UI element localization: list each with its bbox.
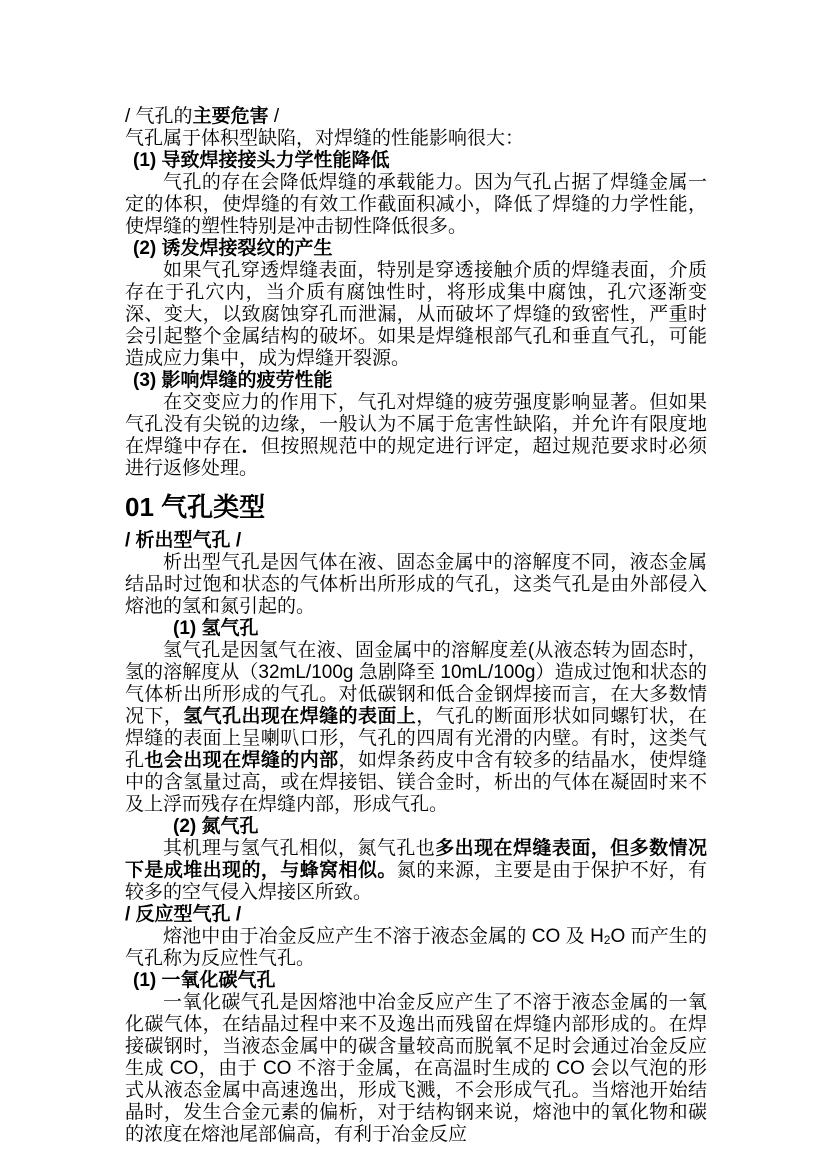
text-run: 其机理与氢气孔相似，氮气孔也 — [163, 838, 435, 859]
paragraph-hydrogen: 氢气孔是因氢气在液、固金属中的溶解度差(从液态转为固态时，氢的溶解度从（32mL… — [125, 640, 707, 816]
bold-text-run: (1) 导致焊接接头力学性能降低 — [133, 150, 390, 171]
section-heading-reaction-type: / 反应型气孔 / — [125, 904, 707, 926]
text-run: 一氧化碳气孔是因熔池中冶金反应产生了不溶于液态金属的一氧化碳气体，在结晶过程中来… — [125, 992, 707, 1145]
paragraph-cracks: 如果气孔穿透焊缝表面，特别是穿透接触介质的焊缝表面，介质存在于孔穴内，当介质有腐… — [125, 260, 707, 370]
paragraph-mechanical: 气孔的存在会降低焊缝的承载能力。因为气孔占据了焊缝金属一定的体积，使焊缝的有效工… — [125, 172, 707, 238]
section-heading-main-hazards: / 气孔的主要危害 / — [125, 106, 707, 128]
bold-text-run: 主要危害 — [193, 106, 269, 127]
paragraph-precipitation-type: 析出型气孔是因气体在液、固态金属中的溶解度不同，液态金属结品时过饱和状态的气体析… — [125, 552, 707, 618]
numbered-subheading-3-fatigue: (3) 影响焊缝的疲劳性能 — [125, 370, 707, 392]
text-run: 气孔属于体积型缺陷，对焊缝的性能影响很大： — [125, 128, 524, 149]
bold-text-run: 氢气孔出现在焊缝的表面上 — [183, 706, 416, 727]
bold-text-run: (2) 诱发焊接裂纹的产生 — [133, 238, 333, 259]
text-run: 如果气孔穿透焊缝表面，特别是穿透接触介质的焊缝表面，介质存在于孔穴内，当介质有腐… — [125, 260, 707, 369]
text-run: 气孔的存在会降低焊缝的承载能力。因为气孔占据了焊缝金属一定的体积，使焊缝的有效工… — [125, 172, 707, 237]
numbered-subheading-1-hydrogen: (1) 氢气孔 — [125, 618, 707, 640]
bold-text-run: (3) 影响焊缝的疲劳性能 — [133, 370, 333, 391]
text-run: / — [269, 106, 280, 127]
bold-text-run: 01 气孔类型 — [125, 492, 265, 522]
document-content: / 气孔的主要危害 /气孔属于体积型缺陷，对焊缝的性能影响很大：(1) 导致焊接… — [125, 106, 707, 1146]
numbered-subheading-2-nitrogen: (2) 氮气孔 — [125, 816, 707, 838]
section-heading-precipitation-type: / 析出型气孔 / — [125, 530, 707, 552]
bold-text-run: (1) 一氧化碳气孔 — [133, 970, 276, 991]
bold-text-run: / 反应型气孔 / — [125, 904, 241, 925]
paragraph-nitrogen: 其机理与氢气孔相似，氮气孔也多出现在焊缝表面，但多数情况下是成堆出现的，与蜂窝相… — [125, 838, 707, 904]
numbered-subheading-1-carbon-monoxide: (1) 一氧化碳气孔 — [125, 970, 707, 992]
paragraph-carbon-monoxide: 一氧化碳气孔是因熔池中冶金反应产生了不溶于液态金属的一氧化碳气体，在结晶过程中来… — [125, 992, 707, 1146]
text-run: / 气孔的 — [125, 106, 193, 127]
bold-text-run: (1) 氢气孔 — [173, 618, 259, 639]
paragraph-intro: 气孔属于体积型缺陷，对焊缝的性能影响很大： — [125, 128, 707, 150]
numbered-subheading-2-cracks: (2) 诱发焊接裂纹的产生 — [125, 238, 707, 260]
bold-text-run: (2) 氮气孔 — [173, 816, 259, 837]
numbered-subheading-1-mechanical: (1) 导致焊接接头力学性能降低 — [125, 150, 707, 172]
bold-text-run: ． — [241, 436, 260, 457]
paragraph-reaction-type: 熔池中由于冶金反应产生不溶于液态金属的 CO 及 H2O 而产生的气孔称为反应性… — [125, 926, 707, 970]
document-page: / 气孔的主要危害 /气孔属于体积型缺陷，对焊缝的性能影响很大：(1) 导致焊接… — [0, 0, 826, 1169]
chapter-heading-porosity-types: 01 气孔类型 — [125, 491, 707, 523]
bold-text-run: 也会出现在焊缝的内部 — [144, 750, 338, 771]
text-run: 熔池中由于冶金反应产生不溶于液态金属的 CO 及 H — [163, 926, 604, 947]
bold-text-run: / 析出型气孔 / — [125, 530, 241, 551]
text-run: 析出型气孔是因气体在液、固态金属中的溶解度不同，液态金属结品时过饱和状态的气体析… — [125, 552, 707, 617]
paragraph-fatigue: 在交变应力的作用下，气孔对焊缝的疲劳强度影响显著。但如果气孔没有尖锐的边缘，一般… — [125, 392, 707, 480]
